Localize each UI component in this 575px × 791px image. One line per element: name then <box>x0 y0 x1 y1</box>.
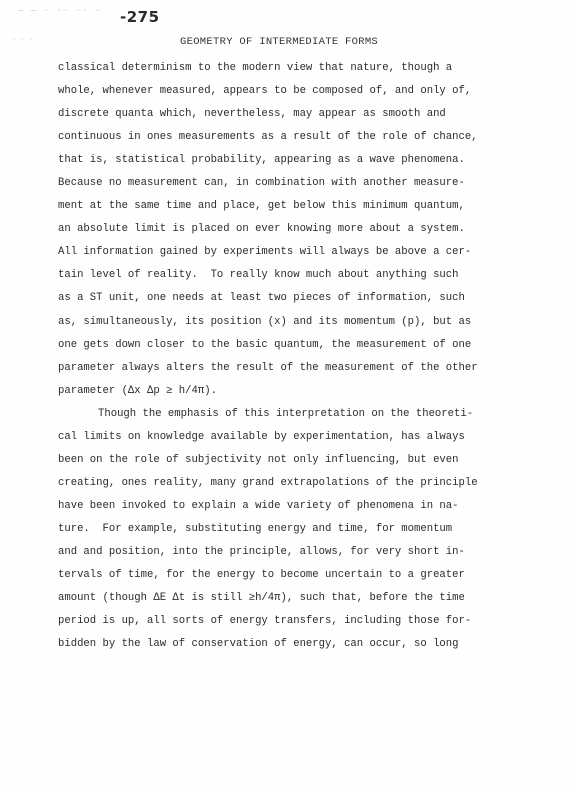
text-line: bidden by the law of conservation of ene… <box>58 633 558 656</box>
text-line: creating, ones reality, many grand extra… <box>58 472 558 495</box>
page-number: -275 <box>120 8 160 26</box>
text-line: Because no measurement can, in combinati… <box>58 172 558 195</box>
text-line: parameter (Δx Δp ≥ h/4π). <box>58 380 558 403</box>
text-line: as a ST unit, one needs at least two pie… <box>58 287 558 310</box>
text-line: All information gained by experiments wi… <box>58 241 558 264</box>
text-line: tervals of time, for the energy to becom… <box>58 564 558 587</box>
text-line: ment at the same time and place, get bel… <box>58 195 558 218</box>
text-line: as, simultaneously, its position (x) and… <box>58 311 558 334</box>
text-line: that is, statistical probability, appear… <box>58 149 558 172</box>
text-line: an absolute limit is placed on ever know… <box>58 218 558 241</box>
text-line: whole, whenever measured, appears to be … <box>58 80 558 103</box>
text-line: classical determinism to the modern view… <box>58 57 558 80</box>
text-line: and and position, into the principle, al… <box>58 541 558 564</box>
text-line: period is up, all sorts of energy transf… <box>58 610 558 633</box>
text-line: ture. For example, substituting energy a… <box>58 518 558 541</box>
text-line: Though the emphasis of this interpretati… <box>58 403 558 426</box>
text-line: parameter always alters the result of th… <box>58 357 558 380</box>
text-line: amount (though ΔE Δt is still ≥h/4π), su… <box>58 587 558 610</box>
text-line: cal limits on knowledge available by exp… <box>58 426 558 449</box>
text-line: have been invoked to explain a wide vari… <box>58 495 558 518</box>
text-line: discrete quanta which, nevertheless, may… <box>58 103 558 126</box>
text-line: tain level of reality. To really know mu… <box>58 264 558 287</box>
archive-stamp: – – · ·· ·· · <box>18 6 101 16</box>
document-page: – – · ·· ·· · -275 · · · GEOMETRY OF INT… <box>0 0 575 791</box>
text-line: one gets down closer to the basic quantu… <box>58 334 558 357</box>
text-line: been on the role of subjectivity not onl… <box>58 449 558 472</box>
archive-stamp-faint: · · · <box>12 36 33 44</box>
body-text: classical determinism to the modern view… <box>58 57 558 656</box>
text-line: continuous in ones measurements as a res… <box>58 126 558 149</box>
running-head: GEOMETRY OF INTERMEDIATE FORMS <box>180 36 378 48</box>
